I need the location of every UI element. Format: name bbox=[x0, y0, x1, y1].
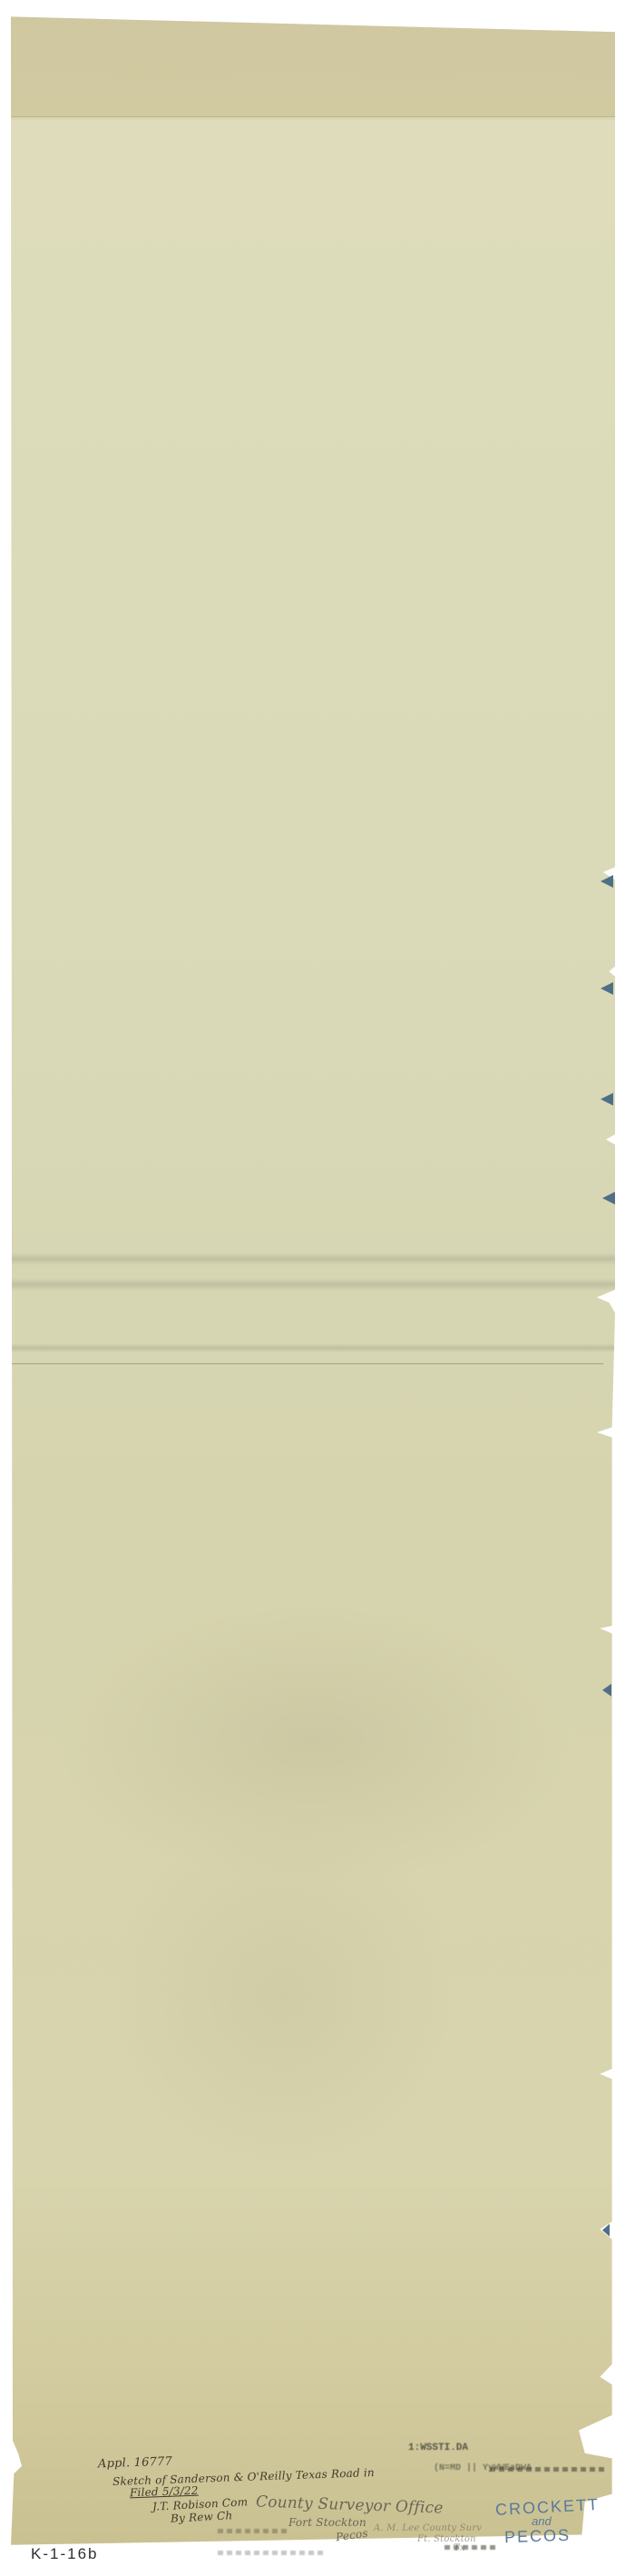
surveyor-pencil-state: Tx bbox=[454, 2543, 465, 2553]
document-sheet bbox=[11, 9, 615, 2555]
edge-tab-mark bbox=[602, 1684, 611, 1696]
stamp-smudge bbox=[218, 2551, 327, 2555]
stamp-smudge bbox=[444, 2545, 499, 2550]
catalog-number: K-1-16b bbox=[31, 2545, 98, 2563]
edge-tab-mark bbox=[601, 875, 613, 888]
top-tape-band bbox=[11, 9, 615, 117]
edge-tab-mark bbox=[602, 2224, 610, 2237]
edge-tab-mark bbox=[602, 1192, 615, 1204]
fold-crease-2 bbox=[11, 1278, 615, 1291]
fold-crease-3 bbox=[11, 1343, 615, 1352]
edge-tab-mark bbox=[601, 982, 613, 995]
fold-crease-1 bbox=[11, 1253, 615, 1265]
fold-line bbox=[11, 1363, 603, 1364]
edge-tab-mark bbox=[601, 1093, 613, 1106]
